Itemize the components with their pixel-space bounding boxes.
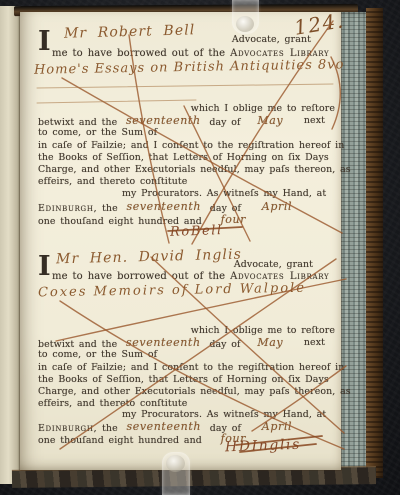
- board-edge: [366, 8, 383, 478]
- charge-line: Charge, and other Executorials needful, …: [38, 164, 335, 175]
- year-word: four: [221, 213, 246, 226]
- procurators-line: my Procurators. As witneſs my Hand, at: [122, 188, 326, 199]
- advocate-grant-label: Advocate, grant: [232, 34, 311, 45]
- return-month: May: [257, 114, 283, 127]
- session-line: the Books of Seſſion, that Letters of Ho…: [38, 374, 335, 385]
- return-month: May: [257, 336, 283, 349]
- form-initial: I: [38, 253, 51, 280]
- signed-day: seventeenth: [126, 420, 201, 433]
- year-text: one thouſand eight hundred and: [38, 435, 202, 446]
- borrowed-pre: me to have borrowed out of the: [52, 48, 225, 59]
- return-day: seventeenth: [126, 336, 201, 349]
- borrower-name: Mr Hen. David Inglis: [56, 247, 242, 268]
- edinburgh-label: Edinburgh,: [38, 203, 97, 214]
- effeirs-line: effeirs, and thereto conſtitute: [38, 398, 187, 409]
- charge-line: Charge, and other Executorials needful, …: [38, 386, 335, 397]
- book-title-handwritten: Coxes Memoirs of Lord Walpole: [38, 281, 306, 301]
- day-of-label: day of: [209, 117, 240, 128]
- cancelled-signature: RoBell: [170, 223, 223, 240]
- next-label: next: [304, 337, 325, 348]
- procurators-line: my Procurators. As witneſs my Hand, at: [122, 409, 326, 420]
- signed-month: April: [262, 420, 292, 433]
- sum-line: to come, or the Sum of: [38, 127, 157, 138]
- clip-bottom: [162, 452, 190, 495]
- edinburgh-line: Edinburgh, the seventeenth day of April: [38, 201, 335, 214]
- effeirs-line: effeirs, and thereto conſtitute: [38, 176, 187, 187]
- book-photo: 124. I Mr Robert Bell Advocate, grant me…: [0, 0, 400, 495]
- ledger-page: 124. I Mr Robert Bell Advocate, grant me…: [20, 12, 341, 470]
- session-line: the Books of Seſſion, that Letters of Ho…: [38, 152, 335, 163]
- gutter-page-edge: [0, 6, 21, 484]
- next-label: next: [304, 115, 325, 126]
- signed-day: seventeenth: [126, 200, 201, 213]
- form-initial: I: [38, 28, 51, 55]
- restore-line: which I oblige me to reſtore: [38, 325, 335, 336]
- failzie-line: in caſe of Failzie; and I conſent to the…: [38, 140, 335, 151]
- cancelled-signature: HDInglis: [225, 437, 301, 456]
- fore-edge-marbled: [340, 12, 368, 474]
- return-day: seventeenth: [126, 114, 201, 127]
- sum-line: to come, or the Sum of: [38, 349, 157, 360]
- failzie-line: in caſe of Failzie; and I conſent to the…: [38, 362, 335, 373]
- borrower-name: Mr Robert Bell: [64, 22, 196, 41]
- restore-line: which I oblige me to reſtore: [38, 103, 335, 114]
- clip-top: [232, 0, 259, 34]
- the-label: the: [102, 203, 118, 214]
- advocate-grant-label: Advocate, grant: [234, 259, 313, 270]
- signed-month: April: [262, 200, 292, 213]
- day-of-label: day of: [209, 339, 240, 350]
- borrowed-pre: me to have borrowed out of the: [52, 271, 225, 282]
- book-title-handwritten: Home's Essays on British Antiquities 8vo: [34, 57, 345, 77]
